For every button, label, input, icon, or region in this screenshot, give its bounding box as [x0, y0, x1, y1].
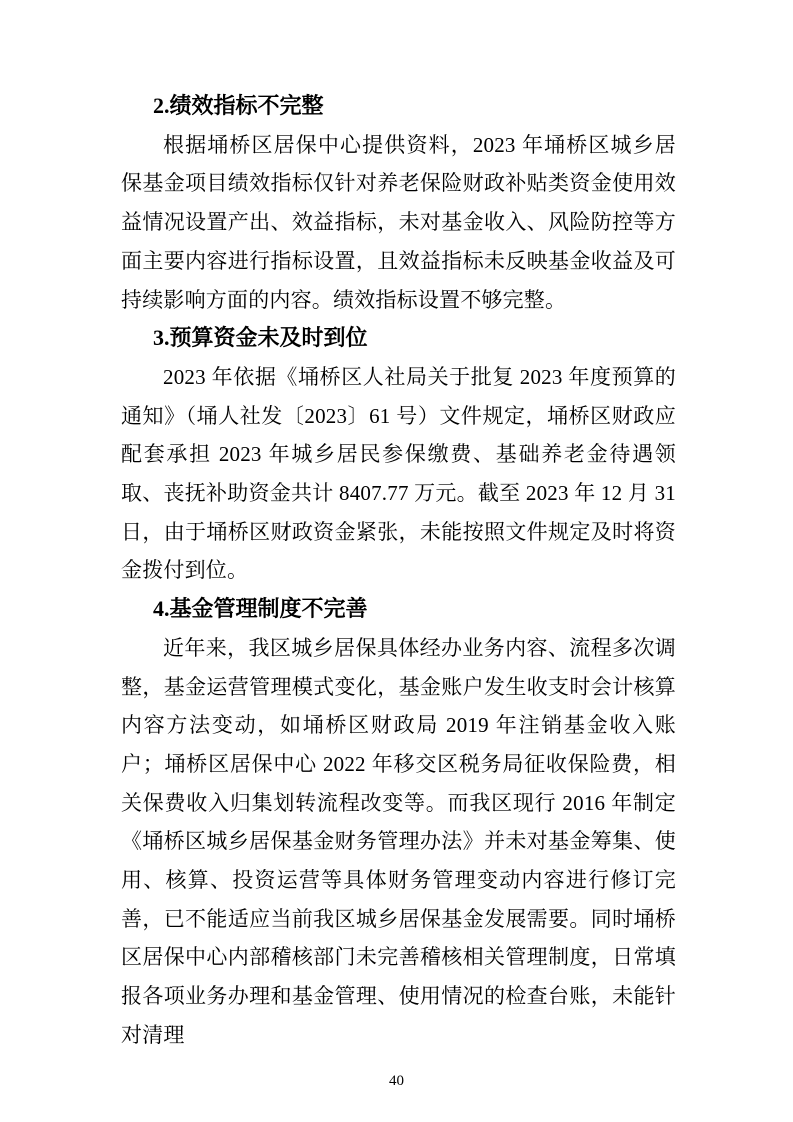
document-page: 2.绩效指标不完整 根据埇桥区居保中心提供资料，2023 年埇桥区城乡居保基金项…: [0, 0, 793, 1122]
page-number: 40: [389, 1073, 404, 1089]
section-heading: 4.基金管理制度不完善: [121, 590, 676, 629]
section-body: 近年来，我区城乡居保具体经办业务内容、流程多次调整，基金运营管理模式变化，基金账…: [121, 629, 676, 1055]
page-content: 2.绩效指标不完整 根据埇桥区居保中心提供资料，2023 年埇桥区城乡居保基金项…: [121, 87, 676, 1055]
section-body: 2023 年依据《埇桥区人社局关于批复 2023 年度预算的通知》（埇人社发〔2…: [121, 358, 676, 590]
section-heading: 2.绩效指标不完整: [121, 87, 676, 126]
section-body: 根据埇桥区居保中心提供资料，2023 年埇桥区城乡居保基金项目绩效指标仅针对养老…: [121, 126, 676, 320]
page-footer: 40: [0, 1072, 793, 1090]
section-heading: 3.预算资金未及时到位: [121, 319, 676, 358]
